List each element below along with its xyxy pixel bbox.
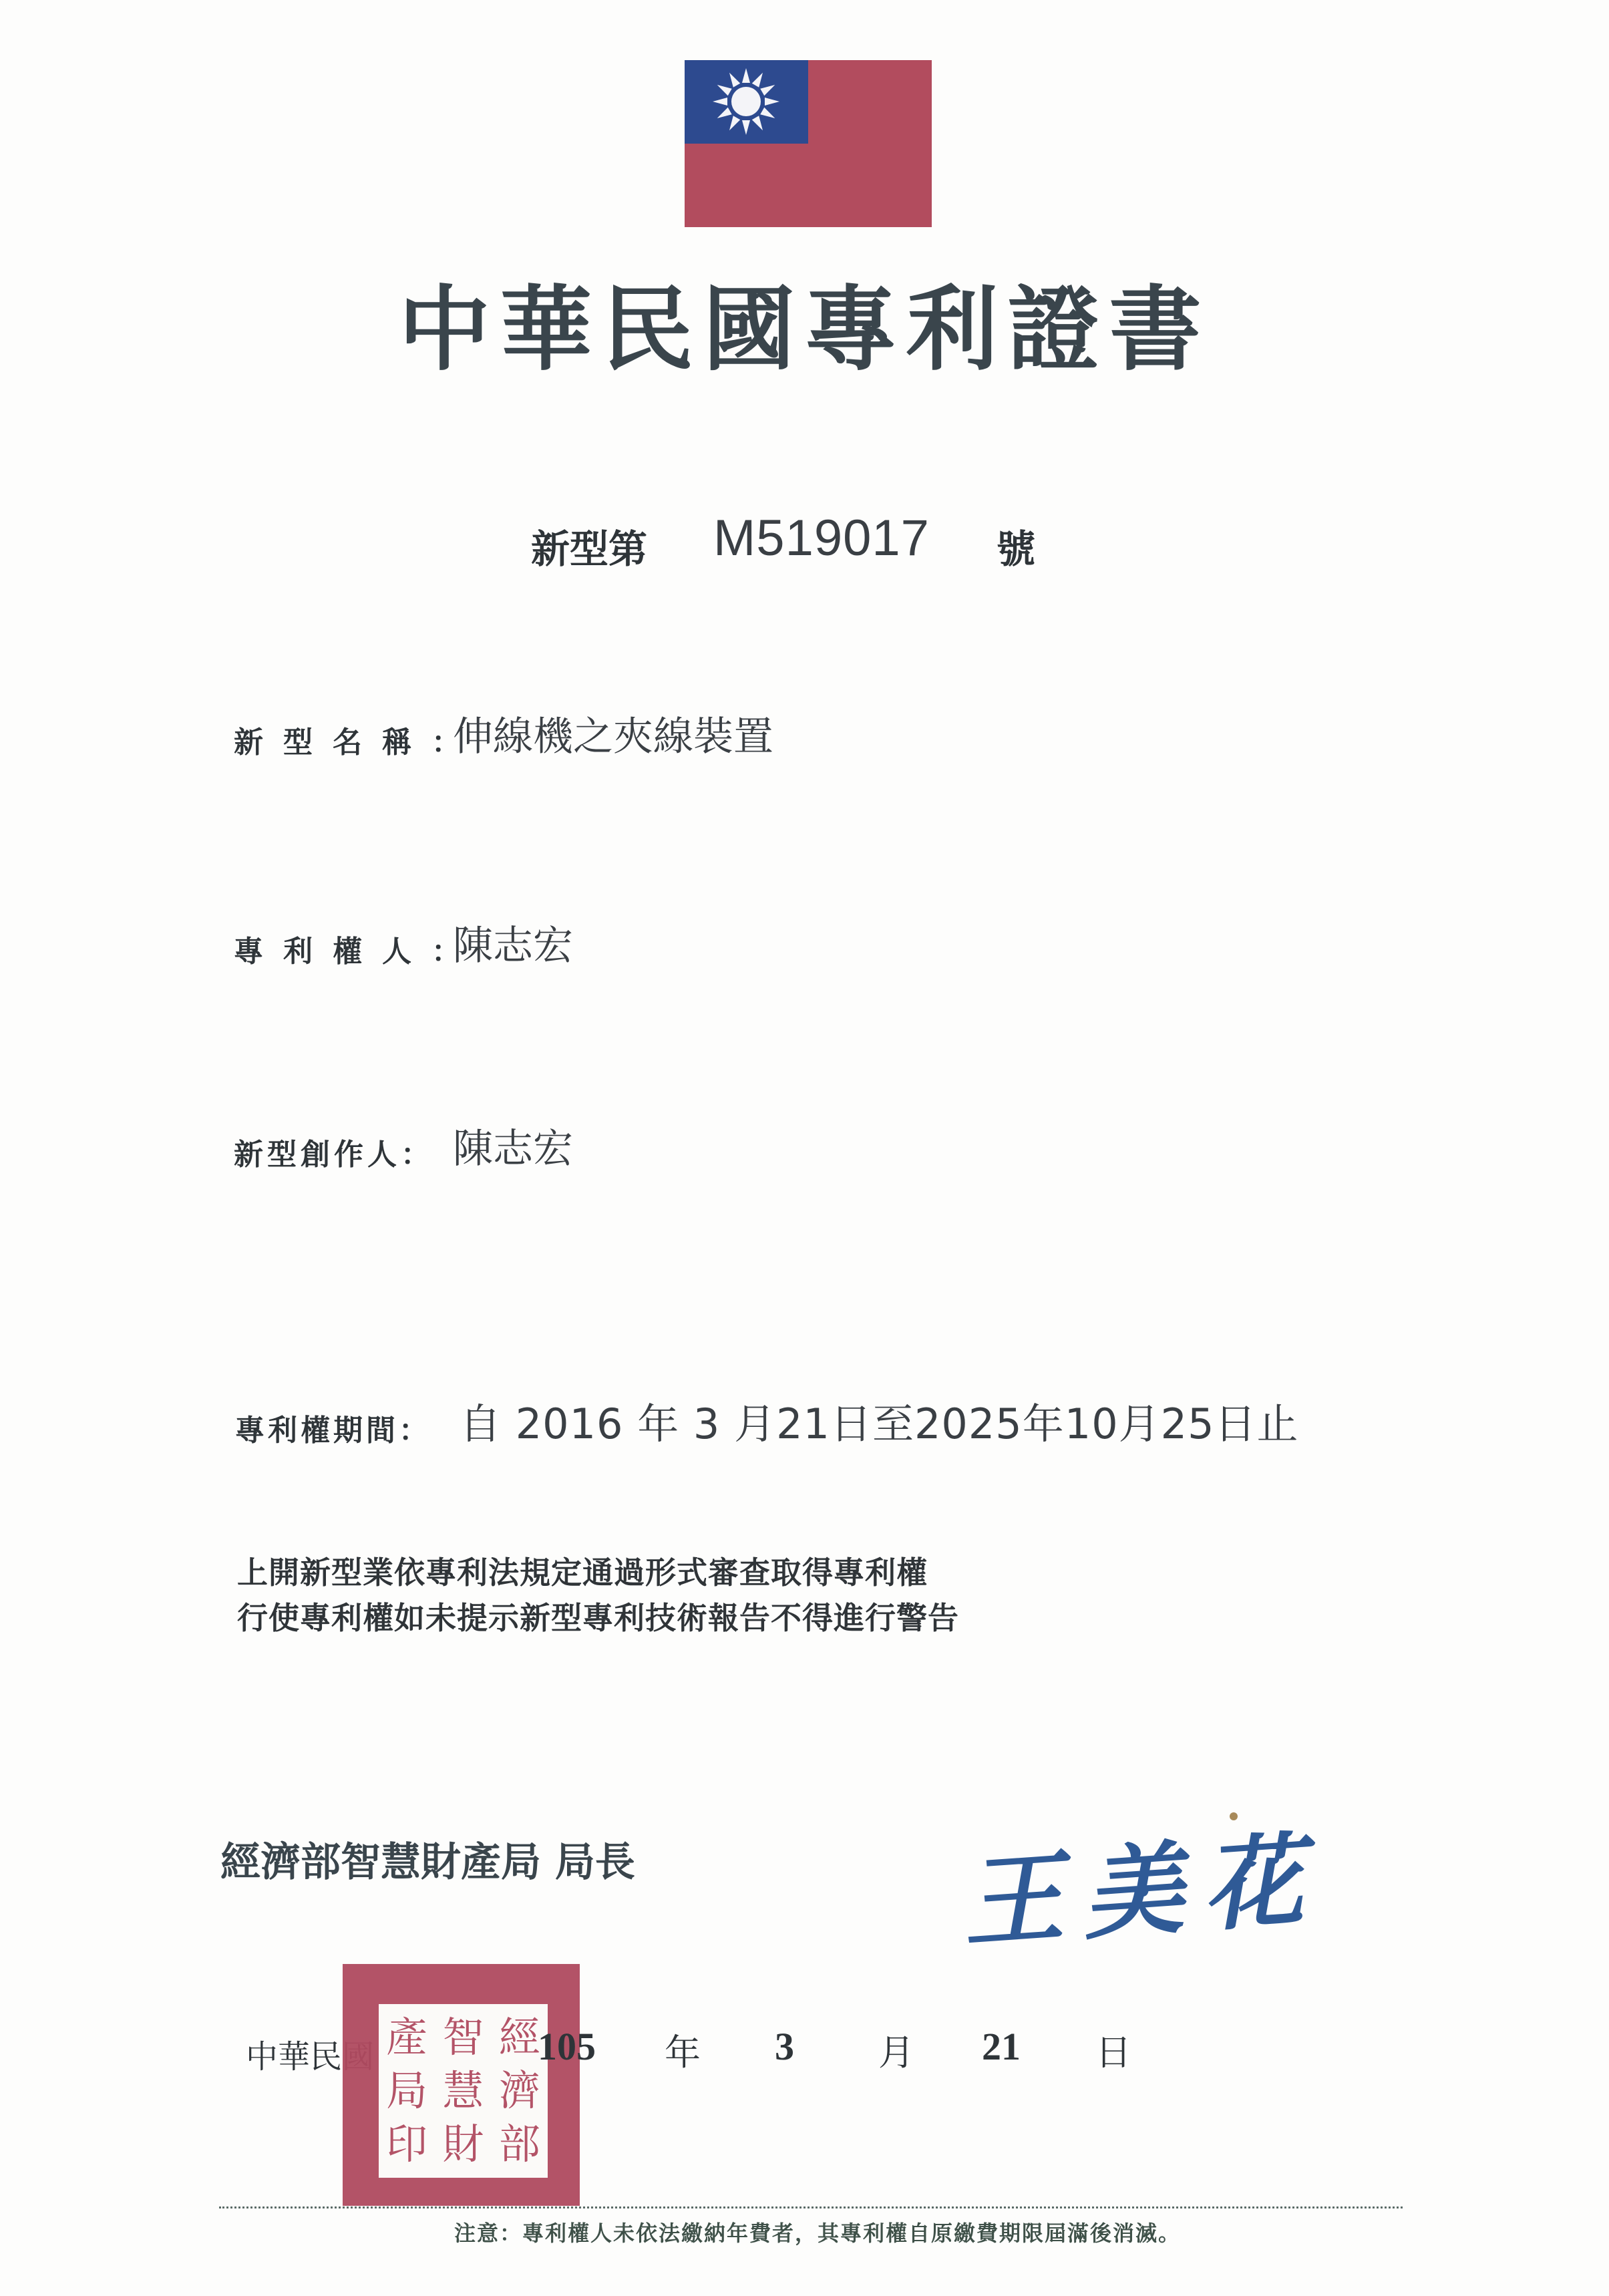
certificate-title: 中華民國專利證書 [0, 274, 1609, 385]
issue-date-day: 21 [982, 2024, 1021, 2069]
issue-date-month: 3 [775, 2024, 794, 2069]
seal-character: 部 [499, 2124, 540, 2165]
issue-date-month-unit: 月 [878, 2024, 914, 2076]
patentee-value: 陳志宏 [453, 914, 573, 971]
ink-speck [1230, 1812, 1238, 1820]
seal-character: 印 [386, 2124, 427, 2165]
seal-inscription: 經濟部 智慧財 產局印 [379, 2004, 548, 2178]
creator-value: 陳志宏 [453, 1117, 573, 1174]
issue-date-year: 105 [538, 2024, 596, 2069]
utility-model-name-value: 伸線機之夾線裝置 [453, 705, 773, 762]
certificate-number-suffix: 號 [997, 518, 1035, 574]
certificate-number-prefix: 新型第 [531, 518, 647, 574]
director-signature: 王美花 [957, 1798, 1327, 1967]
seal-character: 局 [386, 2070, 427, 2112]
white-sun-icon [685, 60, 808, 144]
seal-column-3: 產局印 [386, 2011, 427, 2171]
seal-character: 財 [442, 2124, 484, 2165]
patentee-label: 專利權人： [234, 927, 481, 970]
creator-label: 新型創作人： [234, 1130, 434, 1173]
seal-character: 智 [442, 2017, 484, 2058]
roc-flag [685, 60, 932, 227]
seal-character: 產 [386, 2017, 427, 2058]
seal-character: 慧 [442, 2070, 484, 2112]
seal-column-1: 經濟部 [499, 2011, 540, 2171]
notice-line-1: 上開新型業依專利法規定通過形式審查取得專利權 [237, 1548, 928, 1593]
notice-line-2: 行使專利權如未提示新型專利技術報告不得進行警告 [237, 1594, 959, 1638]
patent-term-label: 專利權期間： [235, 1406, 431, 1449]
footer-note: 注意：專利權人未依法繳納年費者，其專利權自原繳費期限屆滿後消滅。 [454, 2217, 1181, 2247]
footer-divider [219, 2206, 1403, 2208]
issue-date-year-unit: 年 [665, 2024, 701, 2076]
issue-date-day-unit: 日 [1095, 2024, 1131, 2076]
seal-character: 經 [499, 2017, 540, 2058]
seal-column-2: 智慧財 [442, 2011, 484, 2171]
official-seal: 經濟部 智慧財 產局印 [343, 1964, 580, 2206]
certificate-number: M519017 [713, 509, 930, 567]
issuing-bureau: 經濟部智慧財產局 局長 [220, 1830, 635, 1888]
utility-model-name-label: 新型名稱： [234, 718, 481, 761]
patent-term-value: 自 2016 年 3 月21日至2025年10月25日止 [460, 1391, 1299, 1450]
seal-character: 濟 [499, 2070, 540, 2112]
